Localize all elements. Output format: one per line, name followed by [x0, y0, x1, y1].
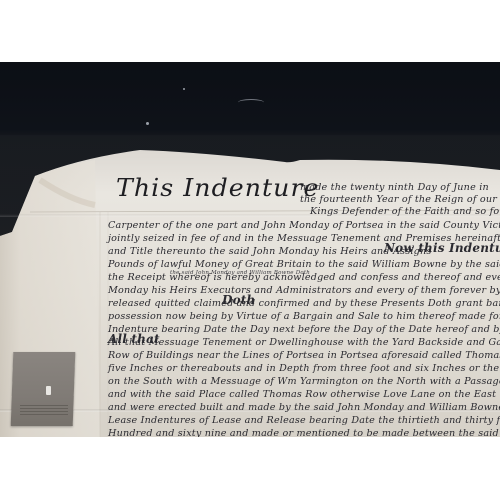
handwritten-line: Monday his Heirs Executors and Administr… [108, 285, 500, 296]
bottom-white-margin [0, 437, 500, 500]
handwritten-line: and Title thereunto the said John Monday… [108, 246, 432, 257]
handwritten-line: Lease Indentures of Lease and Release be… [108, 415, 500, 426]
emphasized-word: All that [108, 332, 160, 346]
handwritten-line: Pounds of lawful Money of Great Britain … [108, 259, 500, 270]
handwritten-line: on the South with a Messuage of Wm Yarmi… [108, 376, 500, 387]
handwritten-line: All that Messuage Tenement or Dwellingho… [108, 337, 500, 348]
interlinear-note: the said John Monday and William Bowne D… [170, 270, 310, 276]
document-title: This Indenture [116, 174, 320, 202]
handwritten-line: and were erected built and made by the s… [108, 402, 500, 413]
emphasized-word: Doth [222, 293, 255, 307]
handwritten-line: Carpenter of the one part and John Monda… [108, 220, 500, 231]
handwritten-line: five Inches or thereabouts and in Depth … [108, 363, 500, 374]
handwritten-line: possession now being by Virtue of a Barg… [108, 311, 500, 322]
handwritten-line: released quitted claimed and confirmed a… [108, 298, 500, 309]
handwritten-line: and with the said Place called Thomas Ro… [108, 389, 496, 400]
handwritten-line: Kings Defender of the Faith and so forth [310, 206, 500, 217]
handwritten-line: Row of Buildings near the Lines of Ports… [108, 350, 500, 361]
seal-inscription [20, 405, 68, 415]
emphasized-word: Now this Indenture [384, 241, 500, 255]
handwritten-line: Indenture bearing Date the Day next befo… [108, 324, 500, 335]
seal-emblem-icon [46, 386, 51, 395]
handwritten-line: the fourteenth Year of the Reign of our … [300, 194, 500, 205]
handwritten-line: made the twenty ninth Day of June in [300, 182, 489, 193]
